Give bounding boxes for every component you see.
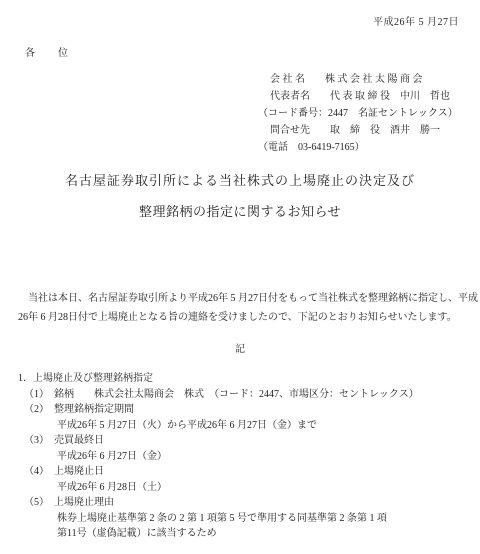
salutation: 各 位 (25, 44, 69, 59)
company-info-block: 会 社 名 株 式 会 社 太 陽 商 会 代表者名 代 表 取 締 役 中川 … (258, 71, 458, 156)
body-paragraph: 当社は本日、名古屋証券取引所より平成26年 5 月27日付をもって当社株式を整理… (18, 289, 468, 327)
memo-list: 1．上場廃止及び整理銘柄指定 （1） 銘柄 株式会社太陽商会 株式 （コード：2… (18, 371, 419, 542)
memo-subitem-2-period-label: （2） 整理銘柄指定期間 (18, 402, 419, 418)
document-title: 名古屋証券取引所による当社株式の上場廃止の決定及び 整理銘柄の指定に関するお知ら… (0, 172, 480, 221)
phone-line: （電話 03-6419-7165） (258, 139, 458, 156)
memo-item-1-heading: 1．上場廃止及び整理銘柄指定 (18, 371, 419, 387)
memo-subitem-3-lasttrade-label: （3） 売買最終日 (18, 433, 419, 449)
document-title-line-2: 整理銘柄の指定に関するお知らせ (0, 203, 480, 221)
memo-subitem-4-delistdate-value: 平成26年 6 月28日（土） (18, 480, 419, 496)
memo-subitem-3-lasttrade-value: 平成26年 6 月27日（金） (18, 449, 419, 465)
representative-line: 代表者名 代 表 取 締 役 中川 哲也 (258, 88, 458, 105)
memo-subitem-2-period-value: 平成26年 5 月27日（火）から平成26年 6 月27日（金）まで (18, 418, 419, 434)
memo-subitem-4-delistdate-label: （4） 上場廃止日 (18, 464, 419, 480)
notice-document: 平成26年 5 月27日 各 位 会 社 名 株 式 会 社 太 陽 商 会 代… (0, 0, 480, 554)
memo-subitem-5-reason-line-2: 第11号（虚偽記載）に該当するため (18, 526, 419, 542)
memo-subitem-1-issue: （1） 銘柄 株式会社太陽商会 株式 （コード：2447、市場区分：セントレック… (18, 387, 419, 403)
body-paragraph-line-1: 当社は本日、名古屋証券取引所より平成26年 5 月27日付をもって当社株式を整理… (18, 289, 468, 308)
body-paragraph-line-2: 26年 6 月28日付で上場廃止となる旨の連絡を受けましたので、下記のとおりお知… (18, 308, 468, 327)
document-title-line-1: 名古屋証券取引所による当社株式の上場廃止の決定及び (0, 172, 480, 190)
memo-subitem-5-reason-line-1: 株券上場廃止基準第 2 条の 2 第 1 項第 5 号で準用する同基準第 2 条… (18, 511, 419, 527)
company-name-line: 会 社 名 株 式 会 社 太 陽 商 会 (258, 71, 458, 88)
memo-subitem-5-reason-label: （5） 上場廃止理由 (18, 495, 419, 511)
notice-marker-ki: 記 (0, 340, 480, 355)
contact-line: 問合せ先 取 締 役 酒井 勝一 (258, 122, 458, 139)
stock-code-line: （コード番号：2447 名証セントレックス） (258, 105, 458, 122)
document-date: 平成26年 5 月27日 (373, 13, 459, 28)
